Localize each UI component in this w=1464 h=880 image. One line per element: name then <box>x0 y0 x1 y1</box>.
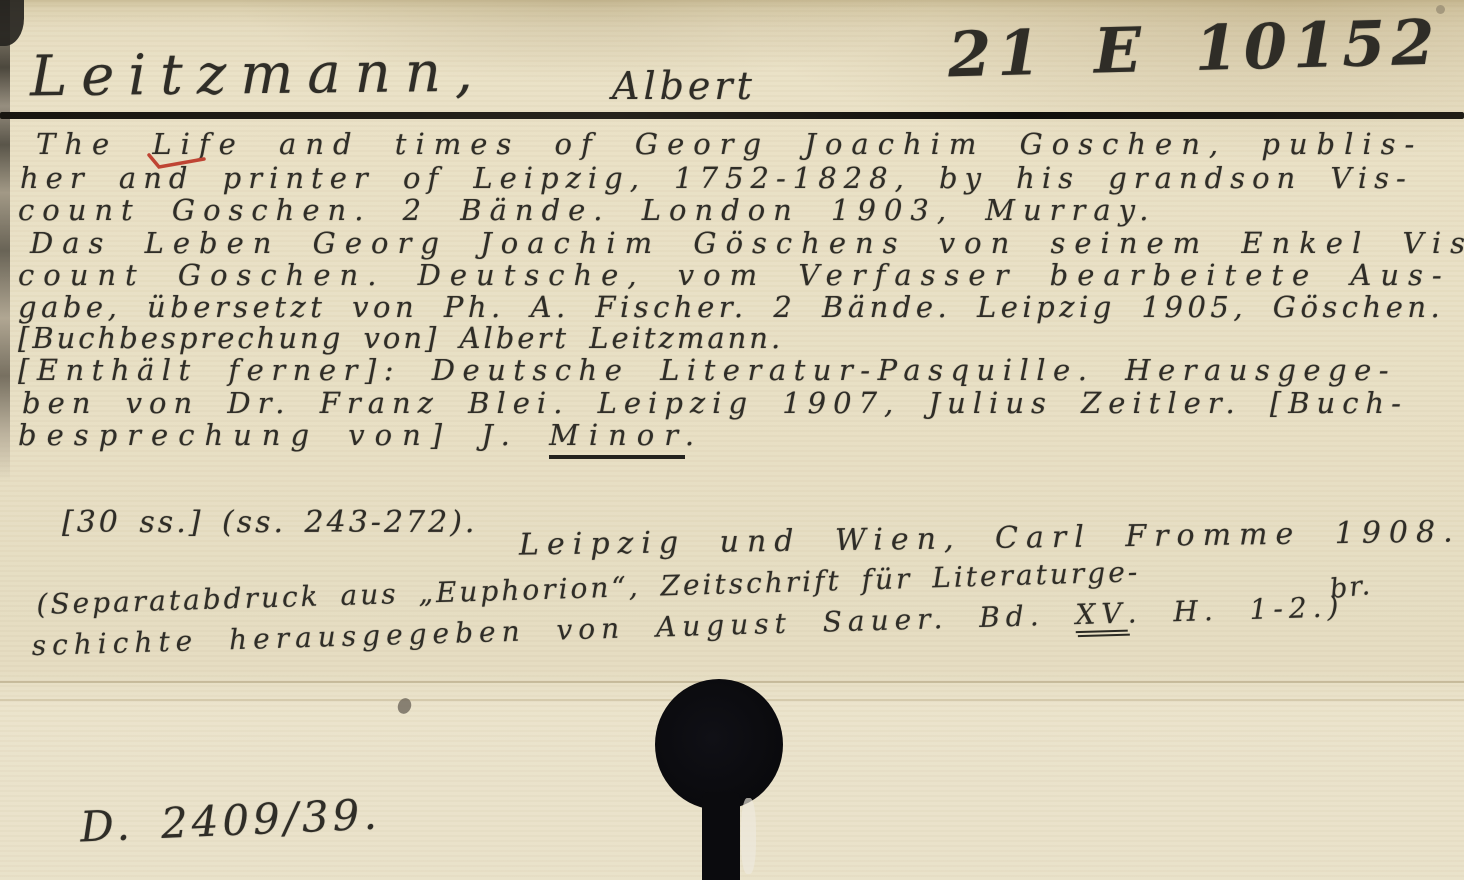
collation: [30 ss.] (ss. 243-272). <box>62 505 477 540</box>
collation-imprint-line: [30 ss.] (ss. 243-272).Leipzig und Wien,… <box>62 505 1461 540</box>
german-edition-line: count Goschen. Deutsche, vom Verfasser b… <box>18 258 1451 292</box>
accession-number: D. 2409/39. <box>79 789 382 851</box>
contains-entry-line: [Enthält ferner]: Deutsche Literatur-Pas… <box>18 353 1396 387</box>
german-edition-line: gabe, übersetzt von Ph. A. Fischer. 2 Bä… <box>18 290 1444 324</box>
reviewer-prefix: besprechung von] J. <box>18 418 549 452</box>
title-entry-line: her and printer of Leipzig, 1752-1828, b… <box>20 161 1413 195</box>
punch-slot-highlight <box>741 798 756 874</box>
scan-edge-artifact <box>0 0 10 482</box>
punch-slot <box>702 792 740 880</box>
title-entry-line: count Goschen. 2 Bände. London 1903, Mur… <box>18 193 1156 227</box>
german-edition-line: [Buchbesprechung von] Albert Leitzmann. <box>18 321 783 355</box>
series-line2-suffix: . H. 1-2.) <box>1127 590 1345 629</box>
heading-rule <box>0 112 1464 119</box>
contains-entry-line: besprechung von] J. Minor. <box>18 418 704 452</box>
reviewer-name-underlined: Minor <box>549 418 685 459</box>
author-forename: Albert <box>612 64 756 108</box>
scan-corner-artifact <box>0 0 24 46</box>
title-entry-line: The Life and times of Georg Joachim Gosc… <box>36 127 1423 161</box>
call-number: 21 E 10152 <box>947 6 1441 92</box>
volume-number-underlined: XV <box>1075 597 1128 634</box>
author-surname: Leitzmann, <box>30 40 487 110</box>
punch-hole <box>655 679 783 810</box>
series-note: (Separatabdruck aus „Euphorion“, Zeitsch… <box>36 549 1345 662</box>
german-edition-line: Das Leben Georg Joachim Göschens von sei… <box>30 226 1464 260</box>
contains-entry-line: ben von Dr. Franz Blei. Leipzig 1907, Ju… <box>22 386 1408 420</box>
reviewer-suffix: . <box>685 418 704 452</box>
catalog-card: Leitzmann, Albert 21 E 10152 The Life an… <box>0 0 1464 880</box>
